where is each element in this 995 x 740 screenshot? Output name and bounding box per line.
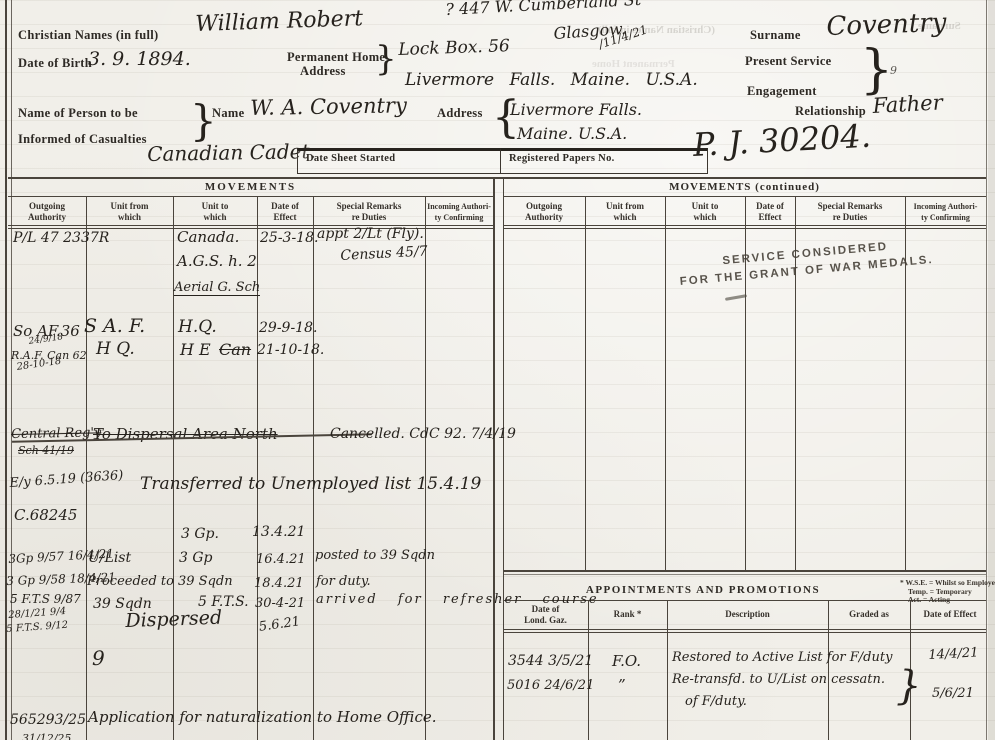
permanent-home-brace: } <box>375 42 397 76</box>
bleed-text-christian-names: (Christian Names in full) <box>598 24 715 36</box>
left-col-line-2 <box>173 196 174 740</box>
right-colh-date-l2: Effect <box>745 212 795 223</box>
left-colh-unitfrom-l1: Unit from <box>86 201 173 212</box>
mv-entry-authority: 28/1/21 9/4 <box>8 606 66 621</box>
left-colh-outgoing-l2: Authority <box>8 212 86 223</box>
mv-entry-unit-to: H.Q. <box>178 317 217 337</box>
stray-mark: 9 <box>890 64 897 77</box>
mv-entry-date: 5.6.21 <box>258 614 301 635</box>
right-colh-incoming-l1: Incoming Authori- <box>905 201 986 212</box>
mv-entry-date: 30-4-21 <box>255 596 305 611</box>
mv-entry-authority: 565293/25 <box>10 712 86 728</box>
mv-entry-flourish: 9 <box>92 646 105 670</box>
right-colh-date-l1: Date of <box>745 201 795 212</box>
mv-entry-unit-to: 3 Gp. <box>181 526 219 542</box>
service-record-scan: Christian Names (in full) William Robert… <box>0 0 995 740</box>
mv-entry-unit-to: Aerial G. Sch <box>174 280 260 296</box>
left-col-line-4 <box>313 196 314 740</box>
mv-entry-authority: 5 F.T.S. 9/12 <box>6 620 68 635</box>
left-col-line-5 <box>425 196 426 740</box>
movements-continued-title: MOVEMENTS (continued) <box>503 181 986 193</box>
appt-row-description: of F/duty. <box>685 694 747 709</box>
casualties-label-line1: Name of Person to be <box>18 106 138 121</box>
left-colh-incoming-l2: ty Confirming <box>425 212 493 223</box>
service-engagement-brace: } <box>860 44 893 96</box>
appt-colh-gazette-l1: Date of <box>503 604 588 615</box>
engagement-label: Engagement <box>747 84 817 99</box>
nok-address-label: Address <box>437 106 483 121</box>
mv-entry-authority: 5 F.T.S 9/87 <box>10 592 81 606</box>
bleed-text-permanent-home: Permanent Home <box>592 58 675 70</box>
mv-entry-unit-from: S A. F. <box>84 315 145 337</box>
left-colh-unitto-l1: Unit to <box>173 201 257 212</box>
top-note-street: ? 447 W. Cumberland St <box>445 0 642 19</box>
mv-entry-span-text: Dispersed <box>125 607 222 632</box>
appointments-legend-wse: * W.S.E. = Whilst so Employed <box>900 578 995 587</box>
nok-address-line2: Maine. U.S.A. <box>517 124 627 143</box>
registered-papers-value: P. J. 30204. <box>692 117 872 164</box>
mv-entry-span-text: Application for naturalization to Home O… <box>88 708 437 726</box>
mv-entry-remarks: posted to 39 Sqdn <box>315 548 435 563</box>
left-colh-date-l1: Date of <box>257 201 313 212</box>
mv-entry-authority: 31/12/25 <box>22 732 71 740</box>
mv-entry-unit-from: H Q. <box>96 339 135 359</box>
mv-entry-date: 21-10-18. <box>257 342 324 358</box>
mv-entry-date: 29-9-18. <box>259 320 317 336</box>
appt-row-date-effect: 5/6/21 <box>932 686 974 701</box>
permanent-home-label-line1: Permanent Home <box>287 50 385 65</box>
left-col-line-3 <box>257 196 258 740</box>
mv-entry-date: 25-3-18. <box>260 230 318 246</box>
registered-papers-label: Registered Papers No. <box>509 153 615 164</box>
right-colh-unitto-l2: which <box>665 212 745 223</box>
mv-entry-remarks: appt 2/Lt (Fly). <box>317 226 424 242</box>
mv-entry-unit-to: 39 Sqdn <box>178 574 233 589</box>
appointments-col-line-1 <box>588 600 589 740</box>
date-of-birth-value: 3. 9. 1894. <box>88 48 191 70</box>
mv-entry-remarks: Census 45/7 <box>340 243 428 264</box>
appt-colh-graded: Graded as <box>828 609 910 620</box>
surname-value: Coventry <box>826 8 947 42</box>
christian-names-value: William Robert <box>195 6 363 37</box>
mv-entry-unit-from: Proceeded to <box>87 574 174 589</box>
appointments-title: APPOINTMENTS AND PROMOTIONS <box>503 584 903 596</box>
left-colh-remarks-l1: Special Remarks <box>313 201 425 212</box>
mv-entry-date: 13.4.21 <box>252 524 305 540</box>
war-medals-stamp: SERVICE CONSIDERED FOR THE GRANT OF WAR … <box>635 231 977 295</box>
casualties-label-line2: Informed of Casualties <box>18 132 147 147</box>
left-col-line-1 <box>86 196 87 740</box>
left-colh-unitto-l2: which <box>173 212 257 223</box>
page-right-edge-shade <box>988 0 995 740</box>
right-colh-unitto-l1: Unit to <box>665 201 745 212</box>
right-colh-remarks-l1: Special Remarks <box>795 201 905 212</box>
mv-entry-authority: P/L 47 2337R <box>13 230 109 246</box>
nok-address-line1: Livermore Falls. <box>510 100 642 119</box>
mv-entry-remarks: for duty. <box>316 574 371 589</box>
left-colh-outgoing-l1: Outgoing <box>8 201 86 212</box>
appointments-top-rule1 <box>503 570 986 572</box>
right-colh-incoming-l2: ty Confirming <box>905 212 986 223</box>
appointments-legend-act: Act. = Acting <box>908 595 950 604</box>
right-colh-remarks-l2: re Duties <box>795 212 905 223</box>
appt-row-description: Restored to Active List for F/duty <box>672 650 892 665</box>
mv-entry-authority: E/y 6.5.19 (3636) <box>9 468 124 491</box>
mv-entry-authority-struck: Sch 41/19 <box>18 444 74 457</box>
right-colh-unitfrom-l1: Unit from <box>585 201 665 212</box>
appt-row-rank-ditto: ” <box>618 676 626 694</box>
appt-row-rank: F.O. <box>612 652 641 670</box>
appt-colh-rank: Rank * <box>588 609 667 620</box>
left-colh-incoming-l1: Incoming Authori- <box>425 201 493 212</box>
right-colh-outgoing-l2: Authority <box>503 212 585 223</box>
tables-top-rule <box>8 177 986 179</box>
left-colh-unitfrom-l2: which <box>86 212 173 223</box>
right-col-line-1 <box>585 196 586 570</box>
appt-row-gazette: 5016 24/6/21 <box>507 678 594 693</box>
movements-title: MOVEMENTS <box>8 181 493 193</box>
mv-entry-date: 16.4.21 <box>256 552 306 567</box>
mv-entry-unit-to-struck: Can <box>219 340 251 359</box>
appointments-header-bottom-rule2 <box>503 632 986 633</box>
left-header-top-rule <box>8 196 493 197</box>
center-divider-line <box>493 177 495 740</box>
mv-entry-span-text: Transferred to Unemployed list 15.4.19 <box>140 474 481 494</box>
left-colh-remarks-l2: re Duties <box>313 212 425 223</box>
permanent-home-value-line2: Livermore Falls. Maine. U.S.A. <box>405 70 698 90</box>
mv-entry-authority: C.68245 <box>14 506 77 524</box>
present-service-label: Present Service <box>745 54 832 69</box>
mv-entry-unit-to: H E <box>180 340 211 359</box>
appt-colh-gazette-l2: Lond. Gaz. <box>503 615 588 626</box>
appointments-col-line-2 <box>667 600 668 740</box>
permanent-home-value-line1: Lock Box. 56 <box>398 36 510 60</box>
right-table-left-line <box>503 177 504 740</box>
mv-entry-unit-to: A.G.S. h. 2 <box>177 252 257 270</box>
permanent-home-label-line2: Address <box>300 64 346 79</box>
surname-label: Surname <box>750 28 801 43</box>
mv-entry-remarks: Cancelled. CdC 92. 7/4/19 <box>330 426 516 442</box>
unit-note: Canadian Cadet. <box>147 139 316 166</box>
christian-names-label: Christian Names (in full) <box>18 28 159 43</box>
relationship-value: Father <box>872 90 943 118</box>
date-sheet-started-label: Date Sheet Started <box>306 153 395 164</box>
appt-rows-brace: } <box>896 666 921 706</box>
appt-row-date-effect: 14/4/21 <box>928 645 979 663</box>
mv-entry-date: 18.4.21 <box>254 576 304 591</box>
mv-entry-unit-to: 3 Gp <box>179 550 213 566</box>
appt-row-description: Re-transfd. to U/List on cessatn. <box>672 672 885 687</box>
page-right-border <box>986 0 987 740</box>
left-colh-date-l2: Effect <box>257 212 313 223</box>
appointments-header-bottom-rule1 <box>503 629 986 630</box>
nok-name-label: Name <box>212 106 244 121</box>
appt-colh-description: Description <box>667 609 828 620</box>
appt-colh-date-effect: Date of Effect <box>910 609 990 620</box>
nok-name-value: W. A. Coventry <box>250 93 407 120</box>
appointments-col-line-3 <box>828 600 829 740</box>
stamp-initial-mark <box>725 294 747 301</box>
date-of-birth-label: Date of Birth <box>18 56 92 71</box>
appointments-top-rule2 <box>503 574 986 575</box>
mv-entry-unit-from: U/List <box>88 550 131 566</box>
appt-row-gazette: 3544 3/5/21 <box>508 653 593 669</box>
mv-entry-unit-to: Canada. <box>177 228 239 246</box>
right-col-line-2 <box>665 196 666 570</box>
right-colh-unitfrom-l2: which <box>585 212 665 223</box>
right-colh-outgoing-l1: Outgoing <box>503 201 585 212</box>
